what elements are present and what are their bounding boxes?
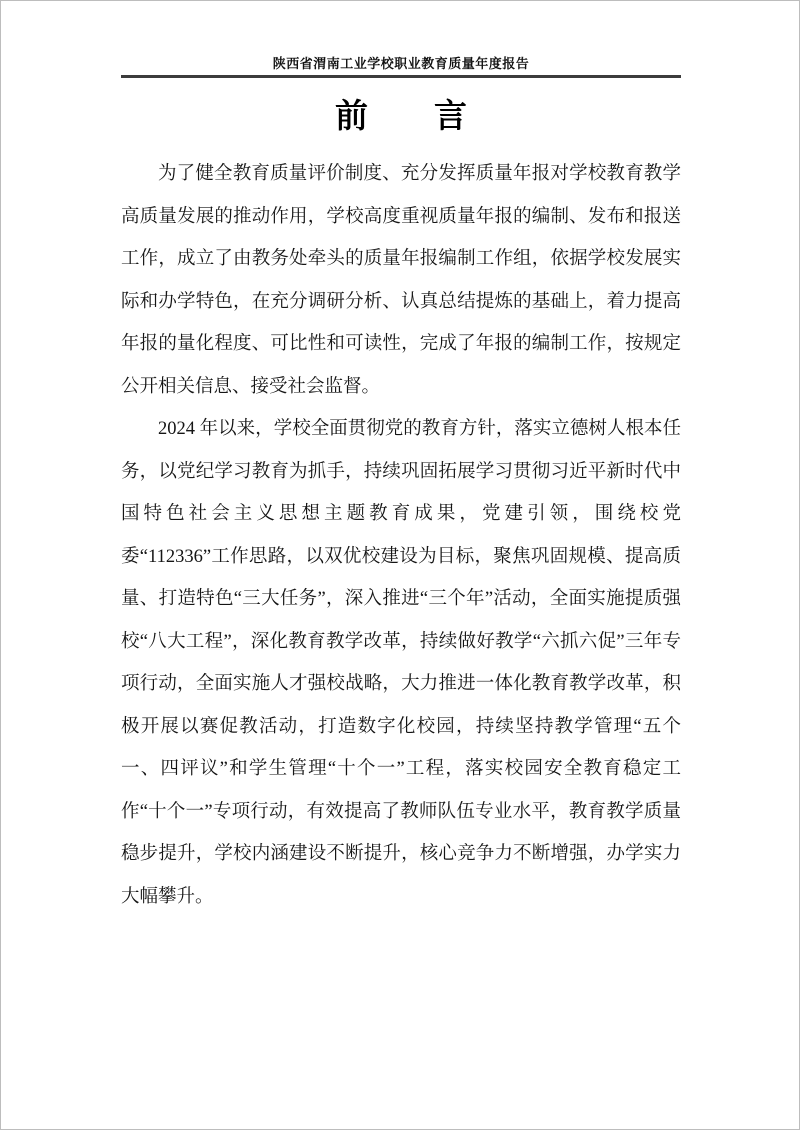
paragraph: 为了健全教育质量评价制度、充分发挥质量年报对学校教育教学高质量发展的推动作用，学…: [121, 153, 681, 408]
paragraph: 2024 年以来，学校全面贯彻党的教育方针，落实立德树人根本任务，以党纪学习教育…: [121, 408, 681, 918]
document-page: 陕西省渭南工业学校职业教育质量年度报告 前 言 为了健全教育质量评价制度、充分发…: [0, 0, 800, 1130]
document-title: 前 言: [121, 97, 681, 138]
document-body: 为了健全教育质量评价制度、充分发挥质量年报对学校教育教学高质量发展的推动作用，学…: [121, 153, 681, 918]
header-divider-rule: [121, 75, 681, 78]
page-header-title: 陕西省渭南工业学校职业教育质量年度报告: [121, 53, 681, 72]
